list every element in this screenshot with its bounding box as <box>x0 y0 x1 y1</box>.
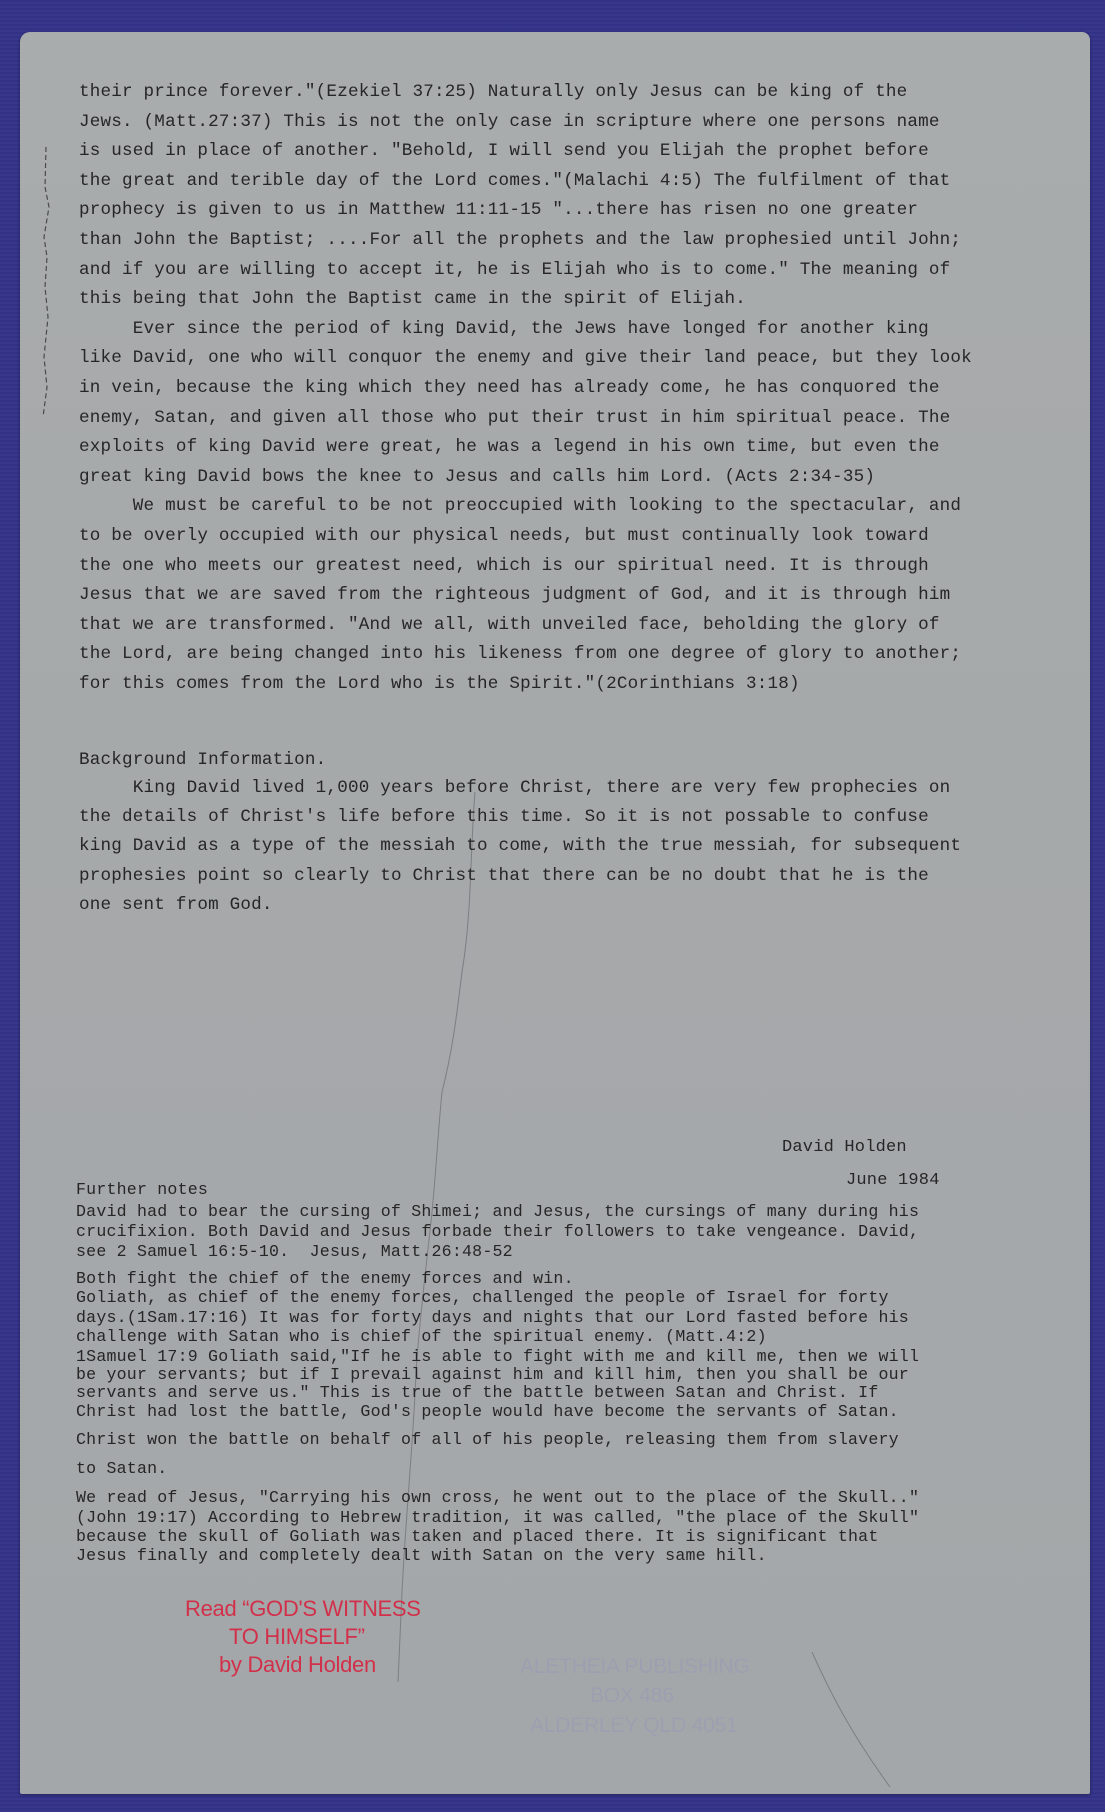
background-line: King David lived 1,000 years before Chri… <box>79 778 950 798</box>
further-notes-line: to Satan. <box>76 1459 167 1478</box>
further-notes-line: days.(1Sam.17:16) It was for forty days … <box>76 1308 909 1327</box>
publisher-stamp-line: ALDERLEY QLD 4051 <box>530 1714 738 1738</box>
further-notes-line: Christ had lost the battle, God's people… <box>76 1402 899 1421</box>
background-line: one sent from God. <box>79 895 273 915</box>
further-notes-line: Both fight the chief of the enemy forces… <box>76 1269 574 1288</box>
further-notes-line: crucifixion. Both David and Jesus forbad… <box>76 1222 919 1241</box>
margin-mark <box>38 147 58 427</box>
background-line: the details of Christ's life before this… <box>79 807 929 827</box>
further-notes-line: We read of Jesus, "Carrying his own cros… <box>76 1488 919 1507</box>
body-line: We must be careful to be not preoccupied… <box>79 496 961 516</box>
body-line: to be overly occupied with our physical … <box>79 526 929 546</box>
further-notes-line: 1Samuel 17:9 Goliath said,"If he is able… <box>76 1347 919 1366</box>
further-notes-heading: Further notes <box>76 1180 208 1199</box>
further-notes-line: Christ won the battle on behalf of all o… <box>76 1430 899 1449</box>
paper-crease-corner <box>810 1652 900 1792</box>
publisher-stamp-line: BOX 486 <box>590 1684 674 1708</box>
body-line: this being that John the Baptist came in… <box>79 289 746 309</box>
body-line: Jesus that we are saved from the righteo… <box>79 585 950 605</box>
further-notes-line: be your servants; but if I prevail again… <box>76 1365 909 1384</box>
body-line: the Lord, are being changed into his lik… <box>79 644 961 664</box>
body-line: prophecy is given to us in Matthew 11:11… <box>79 200 918 220</box>
red-stamp-line: by David Holden <box>219 1652 376 1678</box>
body-line: Jews. (Matt.27:37) This is not the only … <box>79 112 940 132</box>
publisher-stamp-line: ALETHEIA PUBLISHING <box>520 1655 750 1679</box>
background-heading: Background Information. <box>79 750 326 770</box>
body-line: than John the Baptist; ....For all the p… <box>79 230 961 250</box>
body-line: enemy, Satan, and given all those who pu… <box>79 408 950 428</box>
further-notes-line: because the skull of Goliath was taken a… <box>76 1527 878 1546</box>
background-line: prophesies point so clearly to Christ th… <box>79 866 929 886</box>
signature-author: David Holden <box>782 1138 907 1157</box>
body-line: in vein, because the king which they nee… <box>79 378 940 398</box>
further-notes-line: David had to bear the cursing of Shimei;… <box>76 1202 919 1221</box>
further-notes-line: Jesus finally and completely dealt with … <box>76 1546 767 1565</box>
body-line: the one who meets our greatest need, whi… <box>79 556 929 576</box>
body-line: the great and terible day of the Lord co… <box>79 171 950 191</box>
signature-date: June 1984 <box>846 1171 940 1190</box>
body-line: exploits of king David were great, he wa… <box>79 437 940 457</box>
body-line: that we are transformed. "And we all, wi… <box>79 615 940 635</box>
further-notes-line: challenge with Satan who is chief of the… <box>76 1327 767 1346</box>
body-line: great king David bows the knee to Jesus … <box>79 467 875 487</box>
document-page: their prince forever."(Ezekiel 37:25) Na… <box>20 32 1090 1794</box>
further-notes-line: see 2 Samuel 16:5-10. Jesus, Matt.26:48-… <box>76 1242 513 1261</box>
body-line: is used in place of another. "Behold, I … <box>79 141 929 161</box>
further-notes-line: (John 19:17) According to Hebrew traditi… <box>76 1508 919 1527</box>
further-notes-line: Goliath, as chief of the enemy forces, c… <box>76 1288 889 1307</box>
body-line: Ever since the period of king David, the… <box>79 319 929 339</box>
body-line: like David, one who will conquor the ene… <box>79 348 972 368</box>
red-stamp-line: TO HIMSELF” <box>229 1624 365 1650</box>
body-line: their prince forever."(Ezekiel 37:25) Na… <box>79 82 907 102</box>
further-notes-line: servants and serve us." This is true of … <box>76 1383 878 1402</box>
background-line: king David as a type of the messiah to c… <box>79 836 961 856</box>
body-line: and if you are willing to accept it, he … <box>79 260 950 280</box>
body-line: for this comes from the Lord who is the … <box>79 674 800 694</box>
red-stamp-line: Read “GOD'S WITNESS <box>185 1596 421 1622</box>
